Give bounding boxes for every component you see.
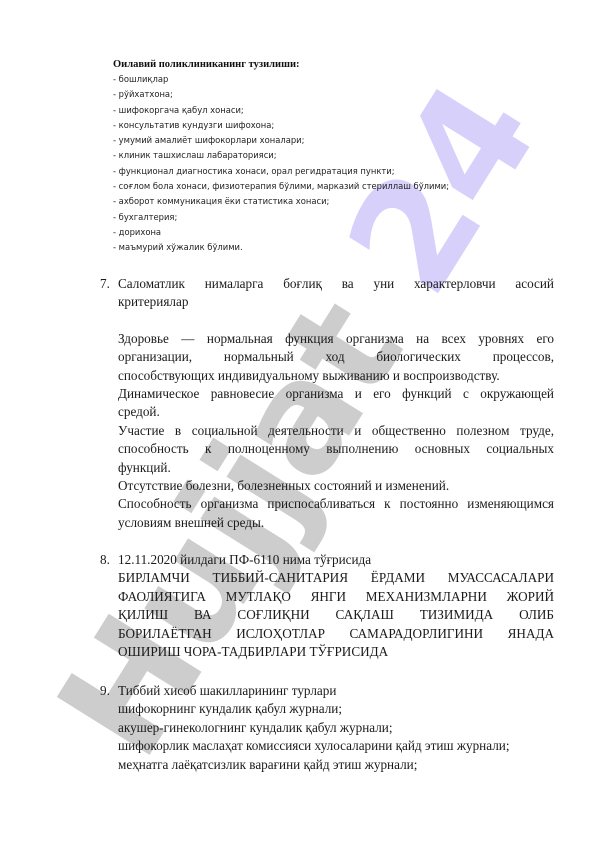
answer-line: организации, нормальный ход биологически… (118, 348, 554, 366)
document-content: Оилавий поликлиниканинг тузилиши: - бошл… (0, 0, 596, 842)
answer-line: способность к полноценному выполнению ос… (118, 440, 554, 458)
answer-line: способствующих индивидуальному выживанию… (118, 367, 554, 385)
answer-line: условиям внешней среды. (118, 514, 554, 532)
list-item: - бухгалтерия; (113, 210, 513, 225)
list-item: - бошлиқлар (113, 72, 513, 87)
answer-line: средой. (118, 403, 554, 421)
answer-line: Отсутствие болезни, болезненных состояни… (118, 477, 554, 495)
list-item: - дорихона (113, 225, 513, 240)
answer-line: Участие в социальной деятельности и обще… (118, 422, 554, 440)
list-item: - функционал диагностика хонаси, орал ре… (113, 164, 513, 179)
list-item: - умумий амалиёт шифокорлари хоналари; (113, 133, 513, 148)
answer-line: ОШИРИШ ЧОРА-ТАДБИРЛАРИ ТЎҒРИСИДА (118, 643, 554, 661)
question-title-line: Саломатлик нималарга боғлиқ ва уни харак… (118, 275, 554, 293)
answer-line: Способность организма приспосабливаться … (118, 495, 554, 513)
question-7: 7. Саломатлик нималарга боғлиқ ва уни ха… (96, 275, 554, 532)
question-8: 8. 12.11.2020 йилдаги ПФ-6110 нима тўғри… (96, 551, 554, 661)
answer-line: шифокорнинг кундалик қабул журнали; (118, 700, 554, 718)
question-9: 9. Тиббий хисоб шакилларининг турлари ши… (96, 682, 554, 774)
polyclinic-structure-section: Оилавий поликлиниканинг тузилиши: - бошл… (113, 58, 513, 256)
question-title-line: критериялар (118, 293, 554, 311)
answer-line: меҳнатга лаёқатсизлик варағини қайд этиш… (118, 756, 554, 774)
answer-line: функций. (118, 459, 554, 477)
answer-line: ҚИЛИШ ВА СОҒЛИҚНИ САҚЛАШ ТИЗИМИДА ОЛИБ (118, 606, 554, 624)
answer-line: БИРЛАМЧИ ТИББИЙ-САНИТАРИЯ ЁРДАМИ МУАССАС… (118, 569, 554, 587)
list-item: - ахборот коммуникация ёки статистика хо… (113, 194, 513, 209)
question-title: 12.11.2020 йилдаги ПФ-6110 нима тўғрисид… (118, 551, 554, 569)
list-item: - консультатив кундузги шифохона; (113, 118, 513, 133)
list-item: - шифокоргача қабул хонаси; (113, 103, 513, 118)
answer-line: ФАОЛИЯТИГА МУТЛАҚО ЯНГИ МЕХАНИЗМЛАРНИ ЖО… (118, 588, 554, 606)
list-item: - соғлом бола хонаси, физиотерапия бўлим… (113, 179, 513, 194)
question-number: 7. (100, 275, 118, 293)
answer-line: шифокорлик маслаҳат комиссияси хулосалар… (118, 737, 554, 755)
answer-line: Здоровье — нормальная функция организма … (118, 330, 554, 348)
list-item: - рўйхатхона; (113, 87, 513, 102)
section-heading: Оилавий поликлиниканинг тузилиши: (113, 58, 513, 71)
answer-line: акушер-гинекологнинг кундалик қабул журн… (118, 719, 554, 737)
answer-line: Динамическое равновесие организма и его … (118, 385, 554, 403)
question-title: Тиббий хисоб шакилларининг турлари (118, 682, 554, 700)
document-page: Hujjat 24 Оилавий поликлиниканинг тузили… (0, 0, 596, 842)
list-item: - клиник ташхислаш лабараторияси; (113, 148, 513, 163)
answer-line: БОРИЛАЁТГАН ИСЛОҲОТЛАР САМАРАДОРЛИГИНИ Я… (118, 625, 554, 643)
list-item: - маъмурий хўжалик бўлими. (113, 240, 513, 255)
question-number: 8. (100, 551, 118, 569)
question-number: 9. (100, 682, 118, 700)
